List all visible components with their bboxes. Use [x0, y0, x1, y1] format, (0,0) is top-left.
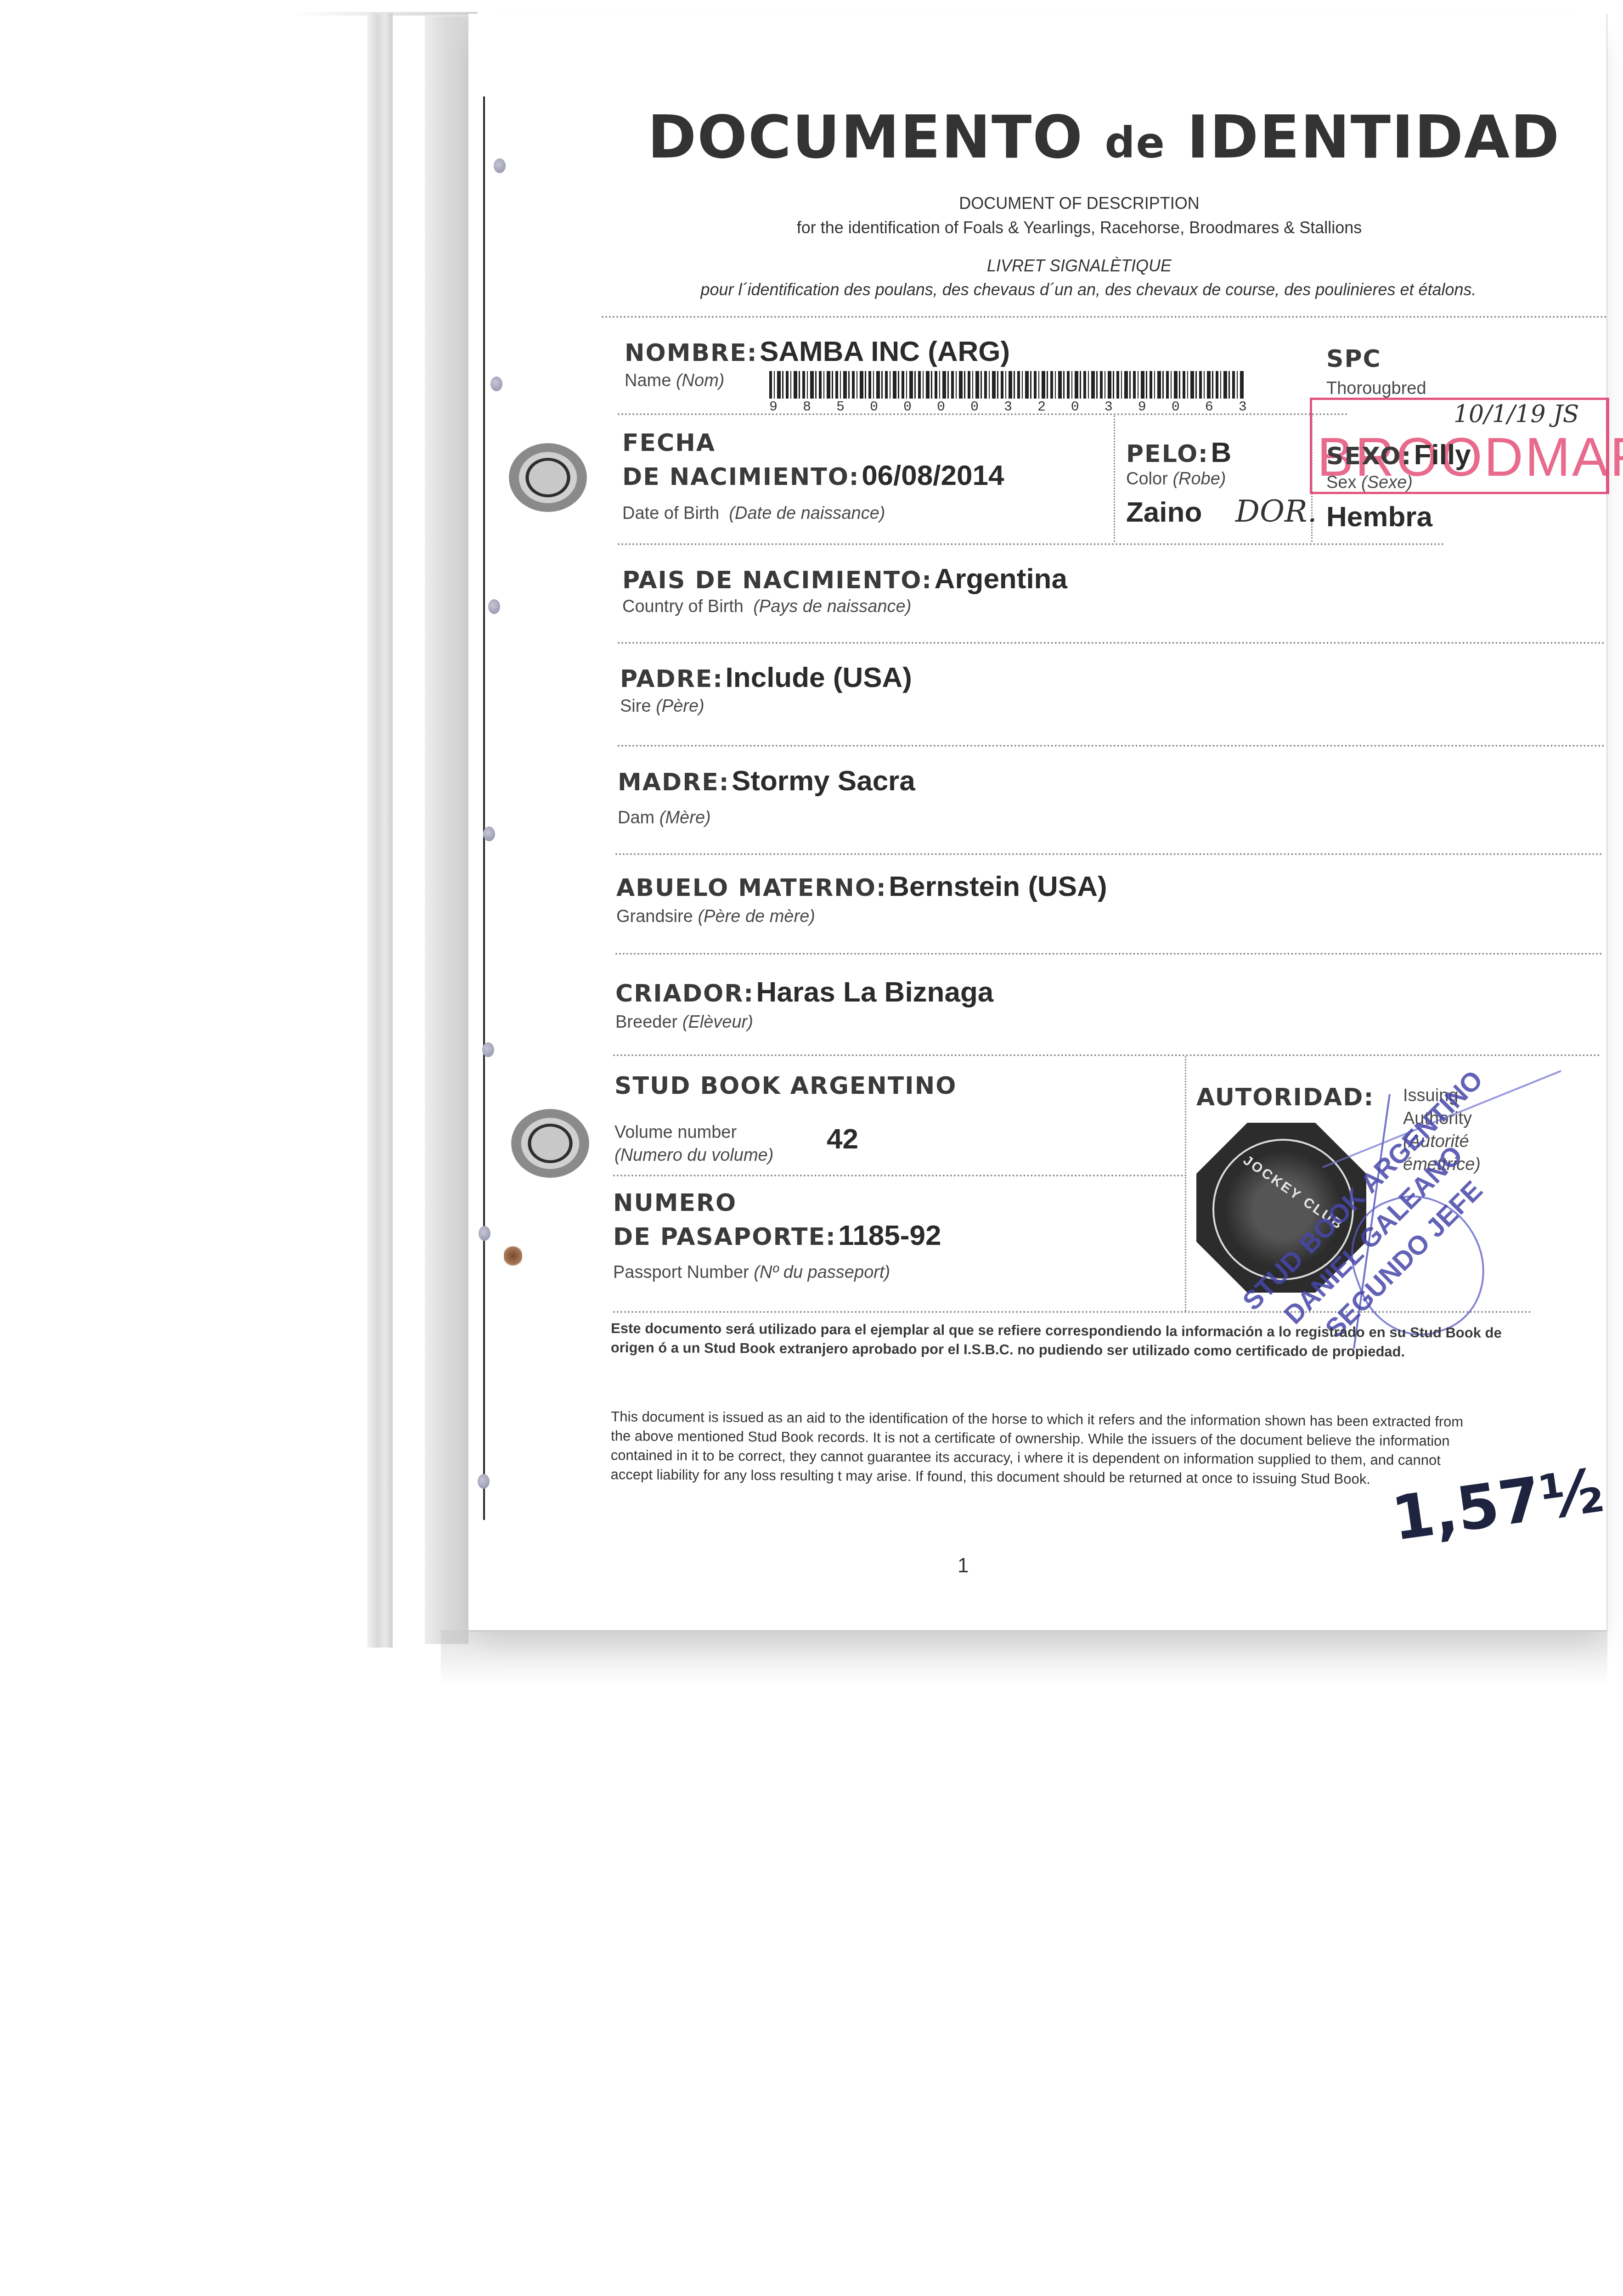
pasaporte-label-1: NUMERO — [613, 1189, 737, 1217]
barcode-digit: 0 — [870, 400, 878, 415]
caption-en: Date of Birth — [622, 504, 719, 523]
page-number: 1 — [958, 1554, 969, 1577]
caption-en: Color — [1126, 469, 1168, 489]
field-label: DE NACIMIENTO: — [622, 463, 860, 491]
caption-fr: (Père) — [656, 697, 704, 716]
caption-fr: (Elèveur) — [682, 1013, 753, 1032]
dam-value: Stormy Sacra — [732, 765, 915, 797]
birth-date: 06/08/2014 — [862, 460, 1004, 491]
field-pasaporte: DE PASAPORTE: 1185-92 — [613, 1219, 941, 1252]
title-part: IDENTIDAD — [1187, 103, 1560, 172]
grommet-icon — [511, 1109, 589, 1178]
field-caption: Passport Number (Nº du passeport) — [613, 1263, 890, 1283]
divider — [602, 316, 1607, 318]
caption-en: Sex — [1326, 473, 1356, 492]
sex-value-en: Filly — [1414, 439, 1471, 471]
sex-value: Hembra — [1326, 501, 1432, 533]
field-label: NOMBRE: — [625, 339, 757, 367]
handwritten-initials: DOR. — [1235, 494, 1317, 529]
caption-en: Breeder — [615, 1013, 677, 1032]
barcode-digit: 0 — [1172, 400, 1180, 415]
field-criador: CRIADOR: Haras La Biznaga — [615, 976, 993, 1008]
caption-en: Sire — [620, 697, 651, 716]
barcode-digit: 9 — [1138, 400, 1146, 415]
caption-fr: (Mère) — [659, 808, 711, 827]
barcode-digits: 9 8 5 0 0 0 0 3 2 0 3 9 0 6 3 — [769, 400, 1247, 415]
field-fecha: DE NACIMIENTO: 06/08/2014 — [622, 459, 1004, 492]
barcode-digit: 0 — [903, 400, 912, 415]
volume-caption: Volume number — [614, 1123, 737, 1142]
caption-en: Country of Birth — [622, 597, 744, 616]
passport-number: 1185-92 — [838, 1220, 941, 1251]
field-label: DE PASAPORTE: — [613, 1223, 836, 1251]
stain — [504, 1244, 522, 1267]
column-divider — [1114, 416, 1115, 542]
barcode — [769, 371, 1245, 399]
barcode-digit: 3 — [1239, 400, 1247, 415]
field-label: SEXO: — [1326, 443, 1412, 470]
caption-fr: (Pays de naissance) — [753, 597, 911, 616]
binder-edge — [367, 13, 393, 1648]
disclaimer-en: This document is issued as an aid to the… — [611, 1407, 1484, 1490]
field-pais: PAIS DE NACIMIENTO: Argentina — [622, 563, 1067, 595]
barcode-digit: 3 — [1004, 400, 1012, 415]
grommet-icon — [509, 443, 587, 512]
punch-hole-icon — [482, 1042, 494, 1057]
color-value: Zaino — [1126, 496, 1202, 529]
caption-en: Name — [625, 371, 671, 390]
field-caption: Name (Nom) — [625, 371, 724, 391]
field-nombre: NOMBRE: SAMBA INC (ARG) — [625, 335, 1010, 368]
barcode-digit: 9 — [769, 400, 778, 415]
binder-edge-inner — [425, 16, 468, 1644]
field-label: PELO: — [1126, 440, 1209, 468]
field-pelo: PELO: B — [1126, 436, 1231, 469]
barcode-digit: 0 — [970, 400, 979, 415]
spc-label: SPC — [1326, 345, 1381, 373]
subtitle-en-2: for the identification of Foals & Yearli… — [597, 218, 1561, 237]
handwritten-date: 10/1/19 JS — [1454, 400, 1579, 428]
field-caption: Grandsire (Père de mère) — [616, 907, 815, 927]
color-code: B — [1211, 437, 1231, 468]
caption-fr: (Date de naissance) — [729, 504, 885, 523]
page-shadow — [441, 1630, 1607, 1685]
field-caption: Dam (Mère) — [618, 808, 711, 828]
punch-hole-icon — [479, 1226, 490, 1241]
subtitle-fr-2: pour l´identification des poulans, des c… — [606, 280, 1571, 299]
field-caption: Color (Robe) — [1126, 469, 1226, 489]
field-caption: Sex (Sexe) — [1326, 473, 1413, 493]
field-caption: Country of Birth (Pays de naissance) — [622, 597, 911, 617]
margin-line — [483, 96, 485, 1520]
country-value: Argentina — [935, 563, 1067, 595]
document-title: DOCUMENTO de IDENTIDAD — [648, 103, 1560, 172]
barcode-digit: 8 — [803, 400, 811, 415]
barcode-digit: 5 — [836, 400, 845, 415]
field-sexo: SEXO: Filly — [1326, 439, 1471, 471]
field-label: PAIS DE NACIMIENTO: — [622, 567, 932, 594]
caption-fr: (Robe) — [1172, 469, 1226, 489]
field-abuelo-materno: ABUELO MATERNO: Bernstein (USA) — [616, 870, 1107, 903]
divider — [615, 953, 1603, 955]
horse-name: SAMBA INC (ARG) — [760, 336, 1010, 367]
caption-fr: (Père de mère) — [698, 907, 815, 926]
field-label: CRIADOR: — [615, 980, 754, 1007]
punch-hole-icon — [494, 158, 506, 173]
caption-fr: (Nº du passeport) — [754, 1263, 890, 1282]
caption-fr: (Sexe) — [1361, 473, 1413, 492]
divider — [618, 543, 1444, 545]
title-part: DOCUMENTO — [648, 103, 1083, 172]
field-caption: Sire (Père) — [620, 697, 704, 716]
field-caption: Date of Birth (Date de naissance) — [622, 504, 885, 523]
caption-en: Grandsire — [616, 907, 693, 926]
caption-en: Passport Number — [613, 1263, 749, 1282]
barcode-digit: 2 — [1037, 400, 1046, 415]
studbook-label: STUD BOOK ARGENTINO — [614, 1072, 957, 1100]
field-label: MADRE: — [618, 769, 730, 796]
subtitle-fr-1: LIVRET SIGNALÈTIQUE — [597, 256, 1561, 276]
column-divider — [1185, 1056, 1186, 1311]
volume-number: 42 — [827, 1123, 858, 1155]
punch-hole-icon — [490, 377, 502, 391]
title-part: de — [1105, 118, 1166, 168]
subtitle-en-1: DOCUMENT OF DESCRIPTION — [597, 194, 1561, 213]
grandsire-value: Bernstein (USA) — [889, 871, 1107, 902]
punch-hole-icon — [483, 827, 495, 841]
divider — [618, 642, 1605, 644]
breed-value: Thorougbred — [1326, 379, 1426, 399]
divider — [613, 1175, 1187, 1176]
barcode-digit: 6 — [1205, 400, 1213, 415]
barcode-digit: 0 — [937, 400, 945, 415]
disclaimer-es: Este documento será utilizado para el ej… — [611, 1319, 1506, 1362]
divider — [613, 1054, 1600, 1056]
divider — [618, 413, 1348, 415]
divider — [615, 853, 1603, 855]
field-padre: PADRE: Include (USA) — [620, 661, 912, 694]
barcode-digit: 3 — [1105, 400, 1113, 415]
volume-caption-fr: (Numero du volume) — [614, 1146, 773, 1165]
autoridad-label: AUTORIDAD: — [1196, 1084, 1374, 1111]
field-label: ABUELO MATERNO: — [616, 874, 887, 902]
caption-en: Dam — [618, 808, 654, 827]
field-madre: MADRE: Stormy Sacra — [618, 765, 915, 797]
breeder-value: Haras La Biznaga — [756, 976, 993, 1008]
punch-hole-icon — [488, 599, 500, 614]
field-label: PADRE: — [620, 665, 723, 693]
barcode-digit: 0 — [1071, 400, 1079, 415]
caption-fr: (Nom) — [676, 371, 725, 390]
field-caption: Breeder (Elèveur) — [615, 1013, 753, 1032]
fecha-label-1: FECHA — [622, 429, 716, 457]
punch-hole-icon — [478, 1474, 490, 1489]
divider — [618, 745, 1605, 747]
sire-value: Include (USA) — [726, 662, 912, 693]
